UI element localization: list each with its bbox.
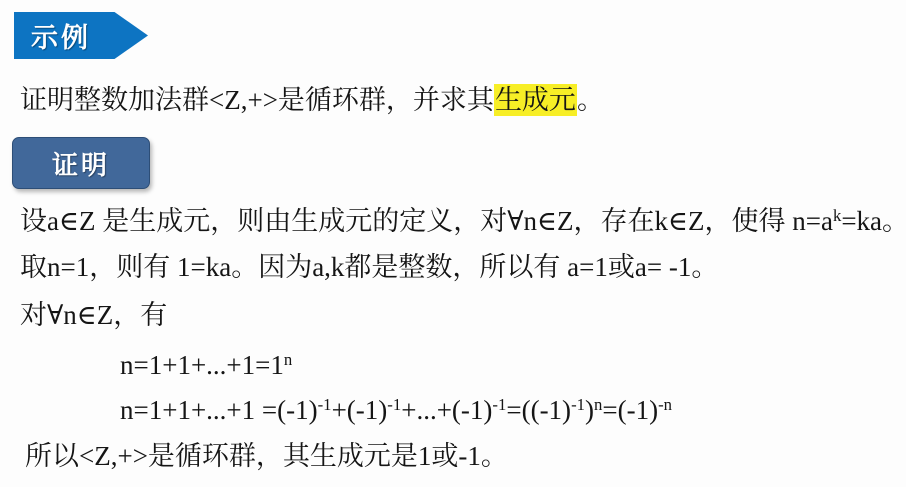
proof-line-case: 取n=1，则有 1=ka。因为a,k都是整数，所以有 a=1或a= -1。 [20, 249, 718, 285]
formula-negative-t1: n=1+1+...+1 =(-1) [120, 395, 318, 425]
formula-negative-t6: =(-1) [602, 395, 658, 425]
generator-highlight: 生成元 [494, 84, 577, 116]
formula-negative-s2: -1 [387, 395, 401, 414]
formula-negative-t5: ) [585, 395, 594, 425]
proof-banner: 证明 [12, 137, 150, 189]
conclusion-suffix: 。 [481, 441, 508, 471]
formula-negative-s6: -n [658, 395, 672, 414]
proof-formula-negative: n=1+1+...+1 =(-1)-1+(-1)-1+...+(-1)-1=((… [120, 392, 672, 428]
formula-negative-s3: -1 [492, 395, 506, 414]
formula-negative-s4: -1 [571, 395, 585, 414]
problem-statement: 证明整数加法群<Z,+>是循环群，并求其生成元。 [20, 82, 604, 118]
setup-text-post: =ka。 [841, 206, 906, 236]
formula-positive-base: n=1+1+...+1=1 [120, 350, 284, 380]
formula-negative-t3: +...+(-1) [401, 395, 492, 425]
formula-positive-exponent: n [284, 350, 292, 369]
proof-line-setup: 设a∈Z 是生成元，则由生成元的定义，对∀n∈Z，存在k∈Z，使得 n=ak=k… [20, 203, 906, 239]
lecture-slide: 示例 证明整数加法群<Z,+>是循环群，并求其生成元。 证明 设a∈Z 是生成元… [0, 0, 906, 487]
formula-negative-t4: =((-1) [506, 395, 571, 425]
setup-text: 设a∈Z 是生成元，则由生成元的定义，对∀n∈Z，存在k∈Z，使得 n=a [20, 206, 833, 236]
example-banner: 示例 [14, 12, 148, 59]
formula-negative-t2: +(-1) [332, 395, 388, 425]
problem-text-suffix: 。 [577, 85, 604, 115]
proof-conclusion: 所以<Z,+>是循环群，其生成元是1或-1。 [25, 438, 508, 474]
conclusion-text: 所以<Z,+>是循环群，其生成元是1或- [25, 441, 467, 471]
highlight-cursor: 1 [467, 438, 481, 474]
proof-formula-positive: n=1+1+...+1=1n [120, 347, 292, 383]
example-banner-label: 示例 [14, 16, 91, 55]
problem-text-prefix: 证明整数加法群<Z,+>是循环群，并求其 [20, 85, 494, 115]
formula-negative-s1: -1 [318, 395, 332, 414]
proof-line-forall: 对∀n∈Z，有 [20, 297, 167, 333]
proof-banner-label: 证明 [52, 145, 110, 182]
